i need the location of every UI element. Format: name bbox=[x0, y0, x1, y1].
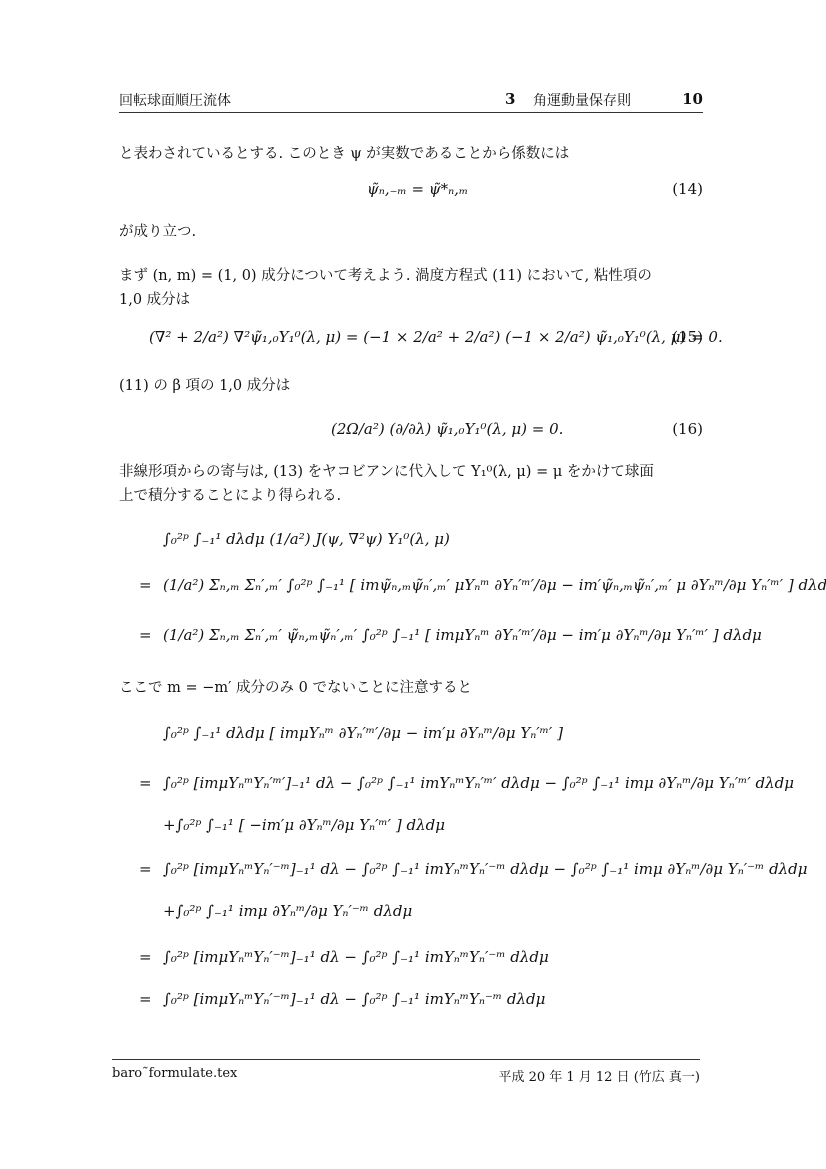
equals-sign: = bbox=[139, 860, 152, 878]
derivation-step: ∫₀²ᵖ [imμYₙᵐYₙ′⁻ᵐ]₋₁¹ dλ − ∫₀²ᵖ ∫₋₁¹ imY… bbox=[163, 990, 545, 1008]
equation-number: (14) bbox=[672, 180, 703, 198]
derivation-block-1: ∫₀²ᵖ ∫₋₁¹ dλdμ (1/a²) J(ψ, ∇²ψ) Y₁⁰(λ, μ… bbox=[119, 520, 739, 660]
equation-body: (2Ω/a²) (∂/∂λ) ψ̃₁,₀Y₁⁰(λ, μ) = 0. bbox=[331, 420, 563, 438]
equation-number: (16) bbox=[672, 420, 703, 438]
derivation-continuation: +∫₀²ᵖ ∫₋₁¹ [ −im′μ ∂Yₙᵐ/∂μ Yₙ′ᵐ′ ] dλdμ bbox=[163, 816, 445, 834]
equals-sign: = bbox=[139, 626, 152, 644]
paragraph-line: 上で積分することにより得られる. bbox=[119, 484, 703, 508]
derivation-step: ∫₀²ᵖ [imμYₙᵐYₙ′⁻ᵐ]₋₁¹ dλ − ∫₀²ᵖ ∫₋₁¹ imY… bbox=[163, 948, 549, 966]
paragraph-line: まず (n, m) = (1, 0) 成分について考えよう. 渦度方程式 (11… bbox=[119, 264, 703, 288]
derivation-lhs: ∫₀²ᵖ ∫₋₁¹ dλdμ [ imμYₙᵐ ∂Yₙ′ᵐ′/∂μ − im′μ… bbox=[163, 724, 563, 742]
equation-16: (2Ω/a²) (∂/∂λ) ψ̃₁,₀Y₁⁰(λ, μ) = 0. (16) bbox=[119, 420, 703, 450]
derivation-block-2: ∫₀²ᵖ ∫₋₁¹ dλdμ [ imμYₙᵐ ∂Yₙ′ᵐ′/∂μ − im′μ… bbox=[119, 712, 759, 1012]
footer-date-author: 平成 20 年 1 月 12 日 (竹広 真一) bbox=[498, 1066, 700, 1085]
derivation-step: (1/a²) Σₙ,ₘ Σₙ′,ₘ′ ∫₀²ᵖ ∫₋₁¹ [ imψ̃ₙ,ₘψ̃… bbox=[163, 576, 826, 594]
running-footer: baro˜formulate.tex 平成 20 年 1 月 12 日 (竹広 … bbox=[112, 1059, 700, 1086]
paragraph: が成り立つ. bbox=[119, 220, 703, 244]
document-title: 回転球面順圧流体 bbox=[119, 90, 231, 110]
equals-sign: = bbox=[139, 990, 152, 1008]
page-number: 10 bbox=[682, 90, 703, 108]
equation-14: ψ̃ₙ,₋ₘ = ψ̃*ₙ,ₘ (14) bbox=[119, 180, 703, 210]
derivation-step: ∫₀²ᵖ [imμYₙᵐYₙ′ᵐ′]₋₁¹ dλ − ∫₀²ᵖ ∫₋₁¹ imY… bbox=[163, 774, 794, 792]
equation-number: (15) bbox=[672, 328, 703, 346]
equation-body: (∇² + 2/a²) ∇²ψ̃₁,₀Y₁⁰(λ, μ) = (−1 × 2/a… bbox=[149, 328, 723, 346]
equals-sign: = bbox=[139, 774, 152, 792]
footer-filename: baro˜formulate.tex bbox=[112, 1066, 237, 1081]
derivation-continuation: +∫₀²ᵖ ∫₋₁¹ imμ ∂Yₙᵐ/∂μ Yₙ′⁻ᵐ dλdμ bbox=[163, 902, 412, 920]
derivation-lhs: ∫₀²ᵖ ∫₋₁¹ dλdμ (1/a²) J(ψ, ∇²ψ) Y₁⁰(λ, μ… bbox=[163, 530, 450, 548]
derivation-step: (1/a²) Σₙ,ₘ Σₙ′,ₘ′ ψ̃ₙ,ₘψ̃ₙ′,ₘ′ ∫₀²ᵖ ∫₋₁… bbox=[163, 626, 762, 644]
paragraph: (11) の β 項の 1,0 成分は bbox=[119, 374, 703, 398]
section-title: 角運動量保存則 bbox=[533, 90, 631, 110]
paragraph-line: 非線形項からの寄与は, (13) をヤコビアンに代入して Y₁⁰(λ, μ) =… bbox=[119, 460, 703, 484]
paragraph-line: 1,0 成分は bbox=[119, 288, 703, 312]
section-number: 3 bbox=[505, 90, 515, 108]
equals-sign: = bbox=[139, 948, 152, 966]
paragraph: と表わされているとする. このとき ψ が実数であることから係数には bbox=[119, 142, 703, 166]
paragraph: ここで m = −m′ 成分のみ 0 でないことに注意すると bbox=[119, 676, 703, 700]
equals-sign: = bbox=[139, 576, 152, 594]
derivation-step: ∫₀²ᵖ [imμYₙᵐYₙ′⁻ᵐ]₋₁¹ dλ − ∫₀²ᵖ ∫₋₁¹ imY… bbox=[163, 860, 808, 878]
running-header: 回転球面順圧流体 3 角運動量保存則 10 bbox=[119, 88, 703, 113]
equation-body: ψ̃ₙ,₋ₘ = ψ̃*ₙ,ₘ bbox=[367, 180, 468, 198]
equation-15: (∇² + 2/a²) ∇²ψ̃₁,₀Y₁⁰(λ, μ) = (−1 × 2/a… bbox=[119, 328, 703, 358]
